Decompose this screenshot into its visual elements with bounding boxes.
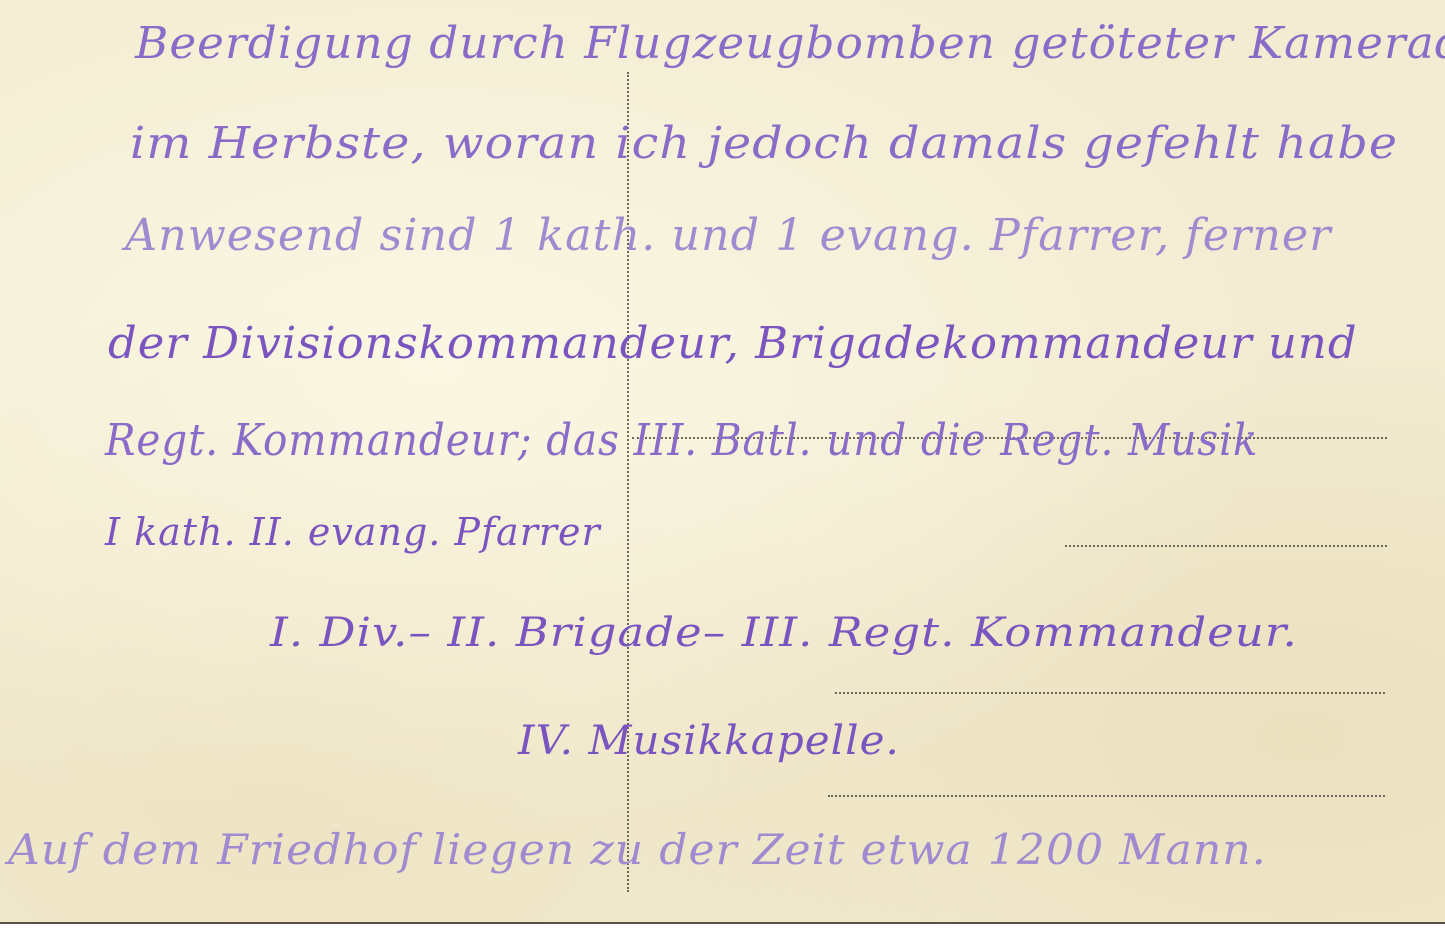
handwritten-line-5: Regt. Kommandeur; das III. Batl. und die…: [105, 415, 1258, 466]
handwritten-line-8: IV. Musikkapelle.: [518, 718, 900, 764]
handwritten-line-7: I. Div.– II. Brigade– III. Regt. Kommand…: [270, 610, 1298, 656]
handwritten-line-1: Beerdigung durch Flugzeugbomben getötete…: [135, 18, 1445, 69]
handwritten-line-4: der Divisionskommandeur, Brigadekommande…: [108, 318, 1358, 369]
address-line-4: [828, 795, 1385, 797]
handwritten-line-6: I kath. II. evang. Pfarrer: [105, 510, 601, 554]
handwritten-line-9: Auf dem Friedhof liegen zu der Zeit etwa…: [8, 825, 1267, 874]
postcard: Beerdigung durch Flugzeugbomben getötete…: [0, 0, 1445, 924]
handwritten-line-2: im Herbste, woran ich jedoch damals gefe…: [130, 118, 1398, 169]
address-line-3: [835, 692, 1385, 694]
vertical-dotted-divider: [627, 72, 629, 892]
handwritten-line-3: Anwesend sind 1 kath. und 1 evang. Pfarr…: [125, 210, 1331, 261]
address-line-2: [1065, 545, 1387, 547]
